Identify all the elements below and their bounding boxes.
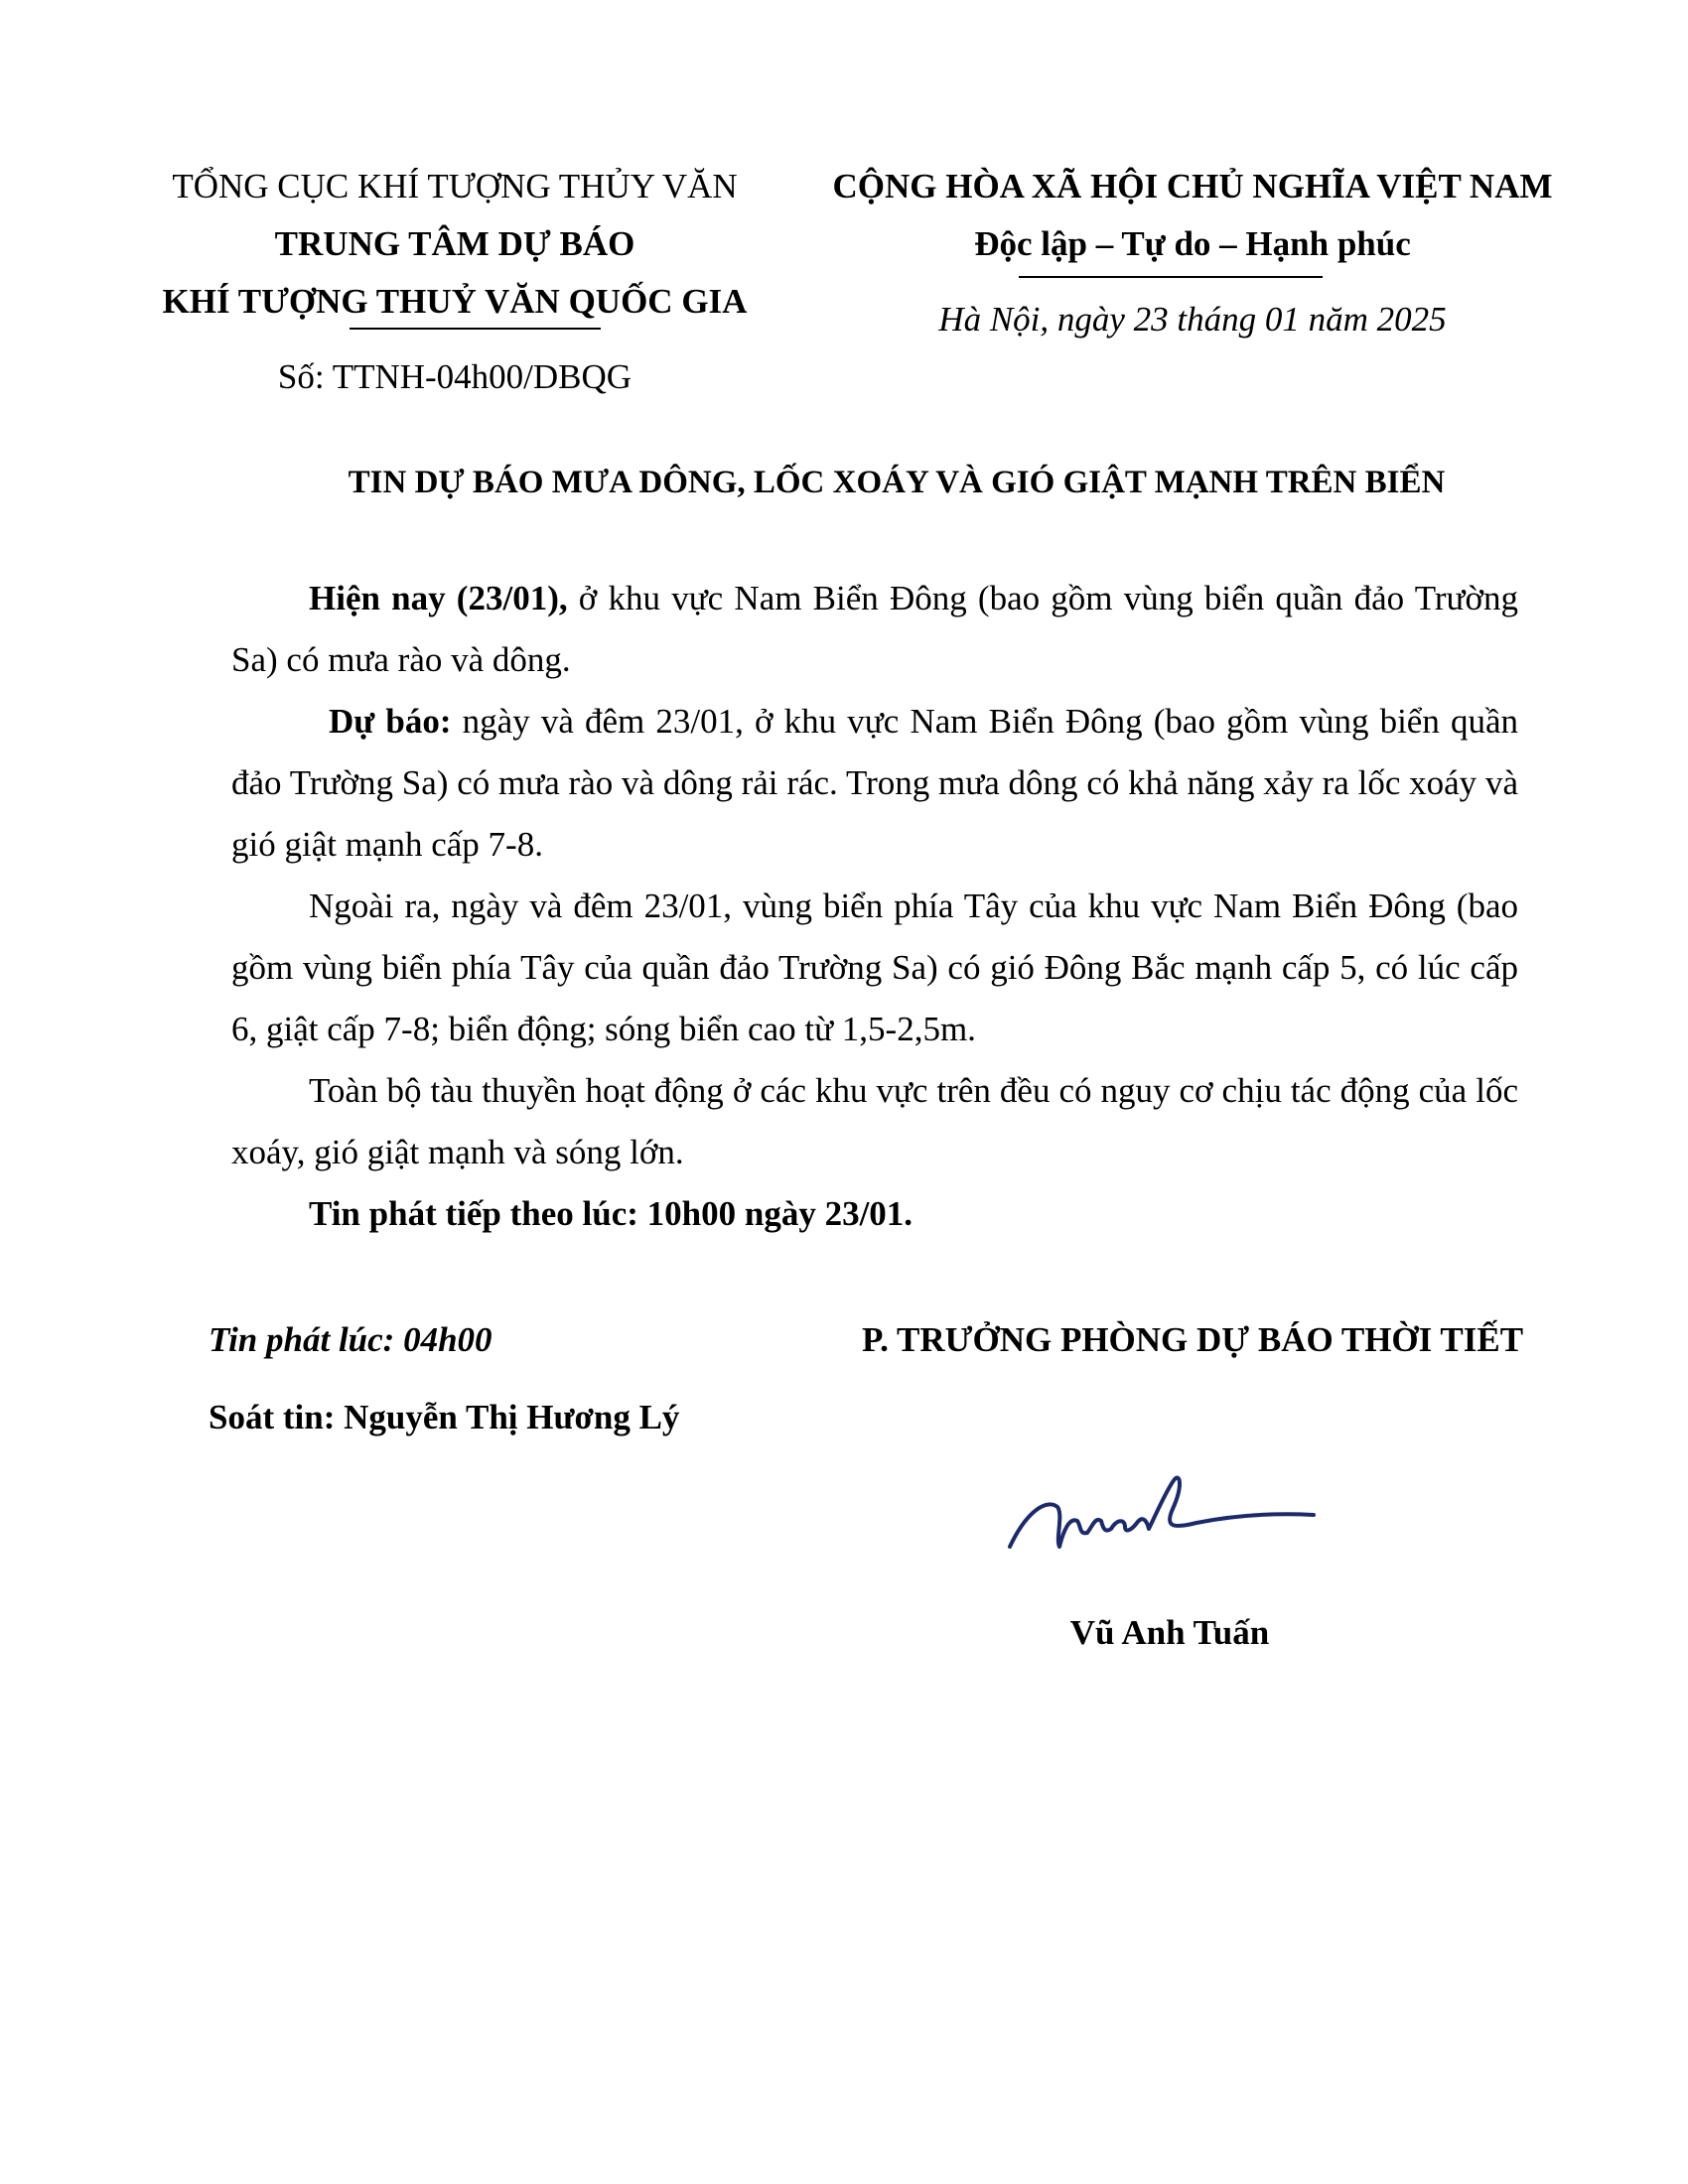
- paragraph-current: Hiện nay (23/01), ở khu vực Nam Biển Đôn…: [231, 568, 1518, 691]
- signer-name: Vũ Anh Tuấn: [1070, 1613, 1269, 1653]
- document-body: Hiện nay (23/01), ở khu vực Nam Biển Đôn…: [231, 568, 1518, 1245]
- country-name: CỘNG HÒA XÃ HỘI CHỦ NGHĨA VIỆT NAM: [832, 167, 1552, 206]
- paragraph-warning: Toàn bộ tàu thuyền hoạt động ở các khu v…: [231, 1060, 1518, 1183]
- issued-time: Tin phát lúc: 04h00: [209, 1320, 492, 1360]
- document-number: Số: TTNH-04h00/DBQG: [278, 357, 632, 397]
- reviewer: Soát tin: Nguyễn Thị Hương Lý: [209, 1398, 679, 1437]
- signature-icon: [998, 1469, 1326, 1578]
- national-motto: Độc lập – Tự do – Hạnh phúc: [974, 224, 1411, 264]
- forecast-label: Dự báo:: [329, 702, 452, 741]
- place-date: Hà Nội, ngày 23 tháng 01 năm 2025: [938, 300, 1446, 340]
- paragraph-forecast: Dự báo: ngày và đêm 23/01, ở khu vực Nam…: [231, 691, 1518, 876]
- agency-name: TỔNG CỤC KHÍ TƯỢNG THỦY VĂN: [172, 167, 737, 206]
- center-name-line1: TRUNG TÂM DỰ BÁO: [275, 224, 635, 264]
- document-title: TIN DỰ BÁO MƯA DÔNG, LỐC XOÁY VÀ GIÓ GIẬ…: [349, 465, 1446, 501]
- left-header-rule: [350, 328, 601, 330]
- current-label: Hiện nay (23/01),: [309, 579, 568, 617]
- next-bulletin: Tin phát tiếp theo lúc: 10h00 ngày 23/01…: [231, 1183, 1518, 1245]
- right-header-rule: [1019, 276, 1323, 278]
- signer-title: P. TRƯỞNG PHÒNG DỰ BÁO THỜI TIẾT: [862, 1320, 1523, 1360]
- center-name-line2: KHÍ TƯỢNG THUỶ VĂN QUỐC GIA: [163, 282, 748, 322]
- paragraph-additional: Ngoài ra, ngày và đêm 23/01, vùng biển p…: [231, 876, 1518, 1060]
